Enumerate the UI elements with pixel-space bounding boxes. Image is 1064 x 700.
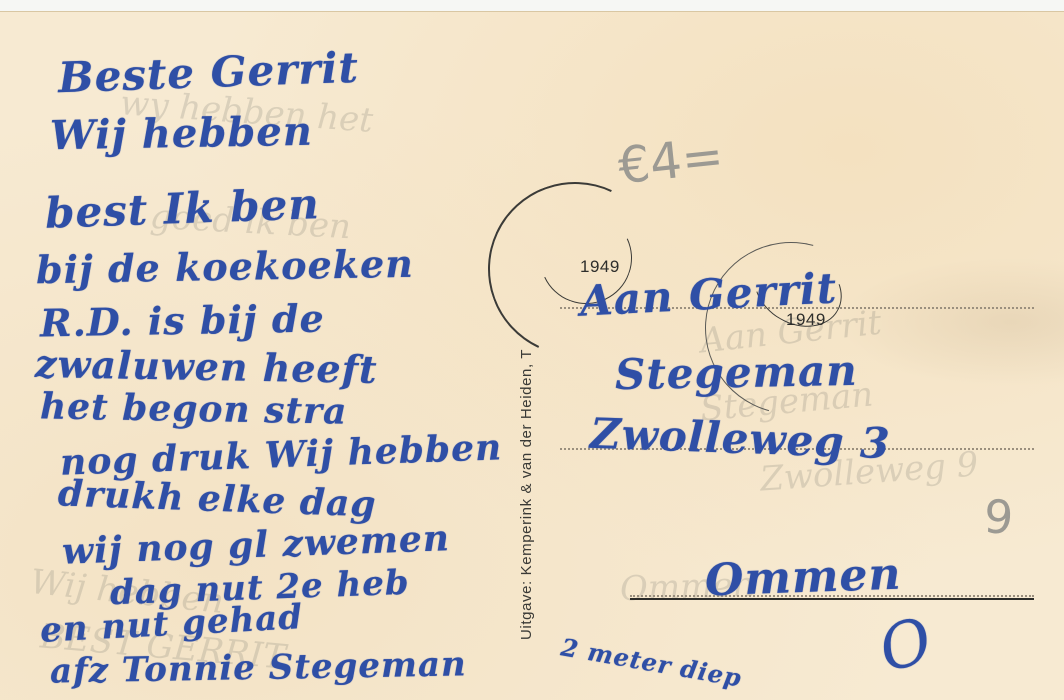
postcard-back: wy hebben het goed ik ben Aan Gerrit Ste…: [0, 11, 1064, 700]
message-line: Wij hebben: [50, 108, 314, 160]
message-line: Beste Gerrit: [57, 43, 359, 102]
address-surname: Stegeman: [615, 346, 859, 399]
address-city: Ommen: [704, 549, 902, 607]
pencil-number-note: 9: [982, 489, 1015, 545]
signature: afz Tonnie Stegeman: [50, 644, 467, 691]
message-line: drukh elke dag: [57, 472, 377, 525]
message-postscript: 2 meter diep: [559, 632, 744, 692]
message-line: R.D. is bij de: [40, 296, 325, 346]
message-line: het begon stra: [40, 385, 348, 432]
message-line: zwaluwen heeft: [35, 341, 378, 392]
pencil-price-note: €4=: [615, 127, 726, 196]
message-line: best Ik ben: [44, 179, 320, 238]
message-line: bij de koekoeken: [36, 241, 415, 293]
publisher-imprint: Uitgave: Kemperink & van der Heiden, T: [518, 349, 535, 640]
address-extra-mark: O: [871, 603, 940, 687]
address-street: Zwolleweg 3: [589, 409, 891, 468]
